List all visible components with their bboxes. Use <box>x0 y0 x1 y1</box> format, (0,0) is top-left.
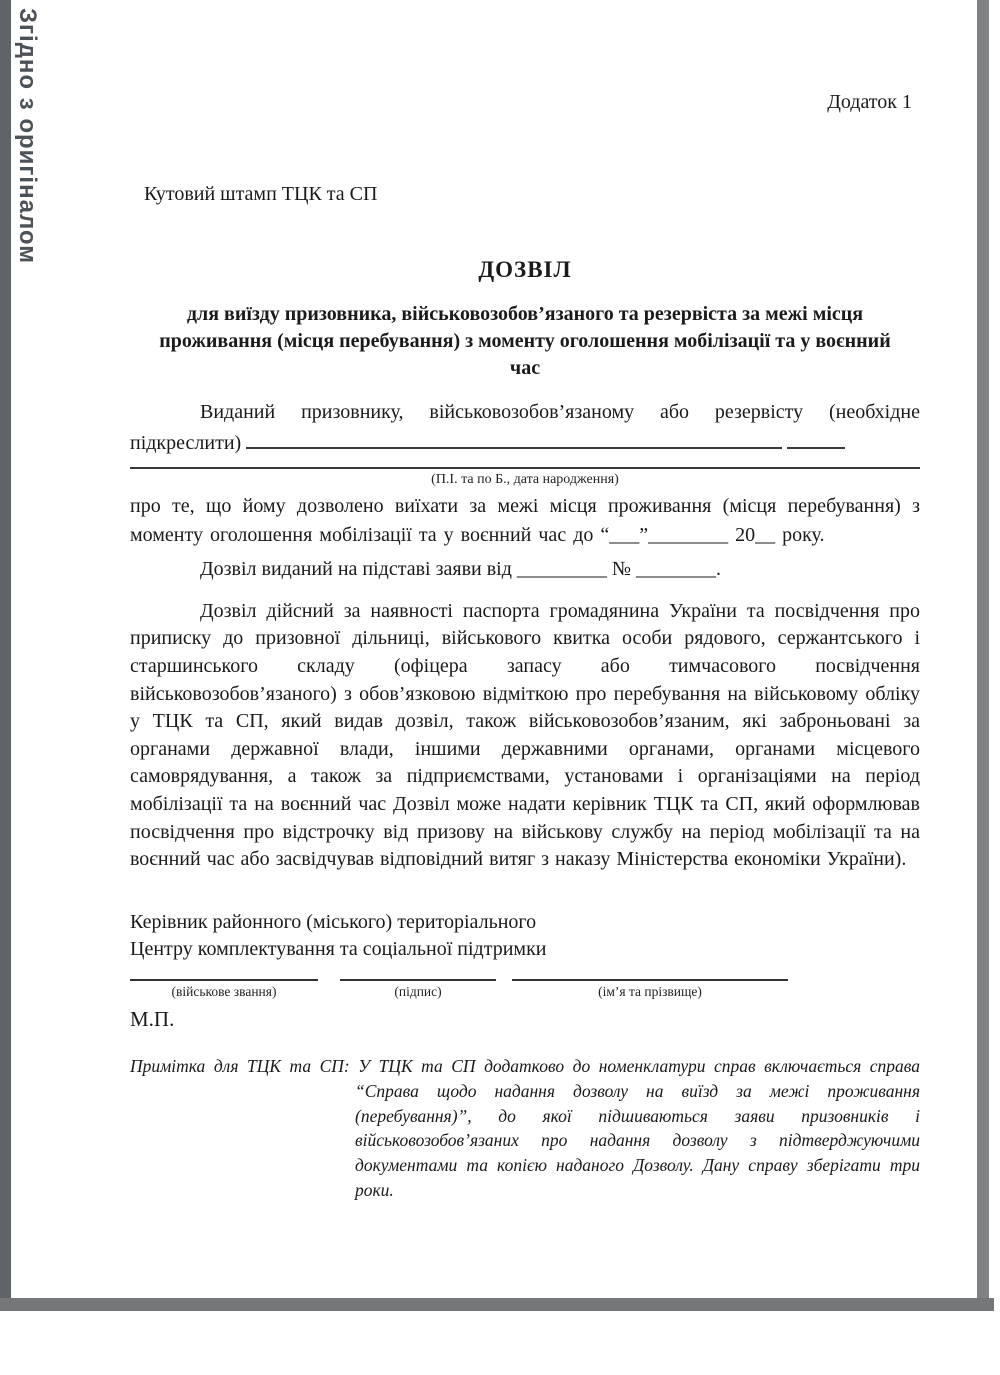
name-blank-field-tail <box>787 427 845 449</box>
signature-line-signature: (підпис) <box>340 979 496 1001</box>
signatory-title-line1: Керівник районного (міського) територіал… <box>130 909 920 936</box>
name-blank-line-full <box>130 467 920 469</box>
signature-row: (військове звання) (підпис) (ім’я та прі… <box>130 979 920 1001</box>
scan-frame-right <box>977 0 989 1310</box>
name-field-caption: (П.І. та по Б., дата народження) <box>130 471 920 489</box>
document-subtitle: для виїзду призовника, військовозобов’яз… <box>153 301 897 382</box>
scan-frame-bottom <box>0 1298 994 1311</box>
issued-to-paragraph: Виданий призовнику, військовозобов’язано… <box>130 398 920 458</box>
signature-line-rank: (військове звання) <box>130 979 318 1001</box>
signatory-title: Керівник районного (міського) територіал… <box>130 909 920 963</box>
footnote-label: Примітка для ТЦК та СП: <box>130 1056 350 1076</box>
appendix-label: Додаток 1 <box>130 88 920 117</box>
corner-stamp-note: Кутовий штамп ТЦК та СП <box>144 180 920 209</box>
signatory-title-line2: Центру комплектування та соціальної підт… <box>130 936 920 963</box>
footnote-text: У ТЦК та СП додатково до номенклатури сп… <box>350 1056 920 1200</box>
footnote: Примітка для ТЦК та СП: У ТЦК та СП дода… <box>355 1054 920 1203</box>
basis-line: Дозвіл виданий на підставі заяви від ___… <box>130 555 920 584</box>
seal-placeholder: М.П. <box>130 1004 920 1034</box>
scan-frame-left <box>0 0 11 1310</box>
name-blank-field <box>246 427 782 449</box>
signature-line-name: (ім’я та прізвище) <box>512 979 788 1001</box>
validity-paragraph: Дозвіл дійсний за наявності паспорта гро… <box>130 598 920 874</box>
certification-stamp-vertical: Згідно з оригіналом <box>13 8 41 264</box>
document-title: ДОЗВІЛ <box>130 253 920 286</box>
permission-paragraph: про те, що йому дозволено виїхати за меж… <box>130 492 920 550</box>
document-page: Додаток 1 Кутовий штамп ТЦК та СП ДОЗВІЛ… <box>130 0 920 1203</box>
